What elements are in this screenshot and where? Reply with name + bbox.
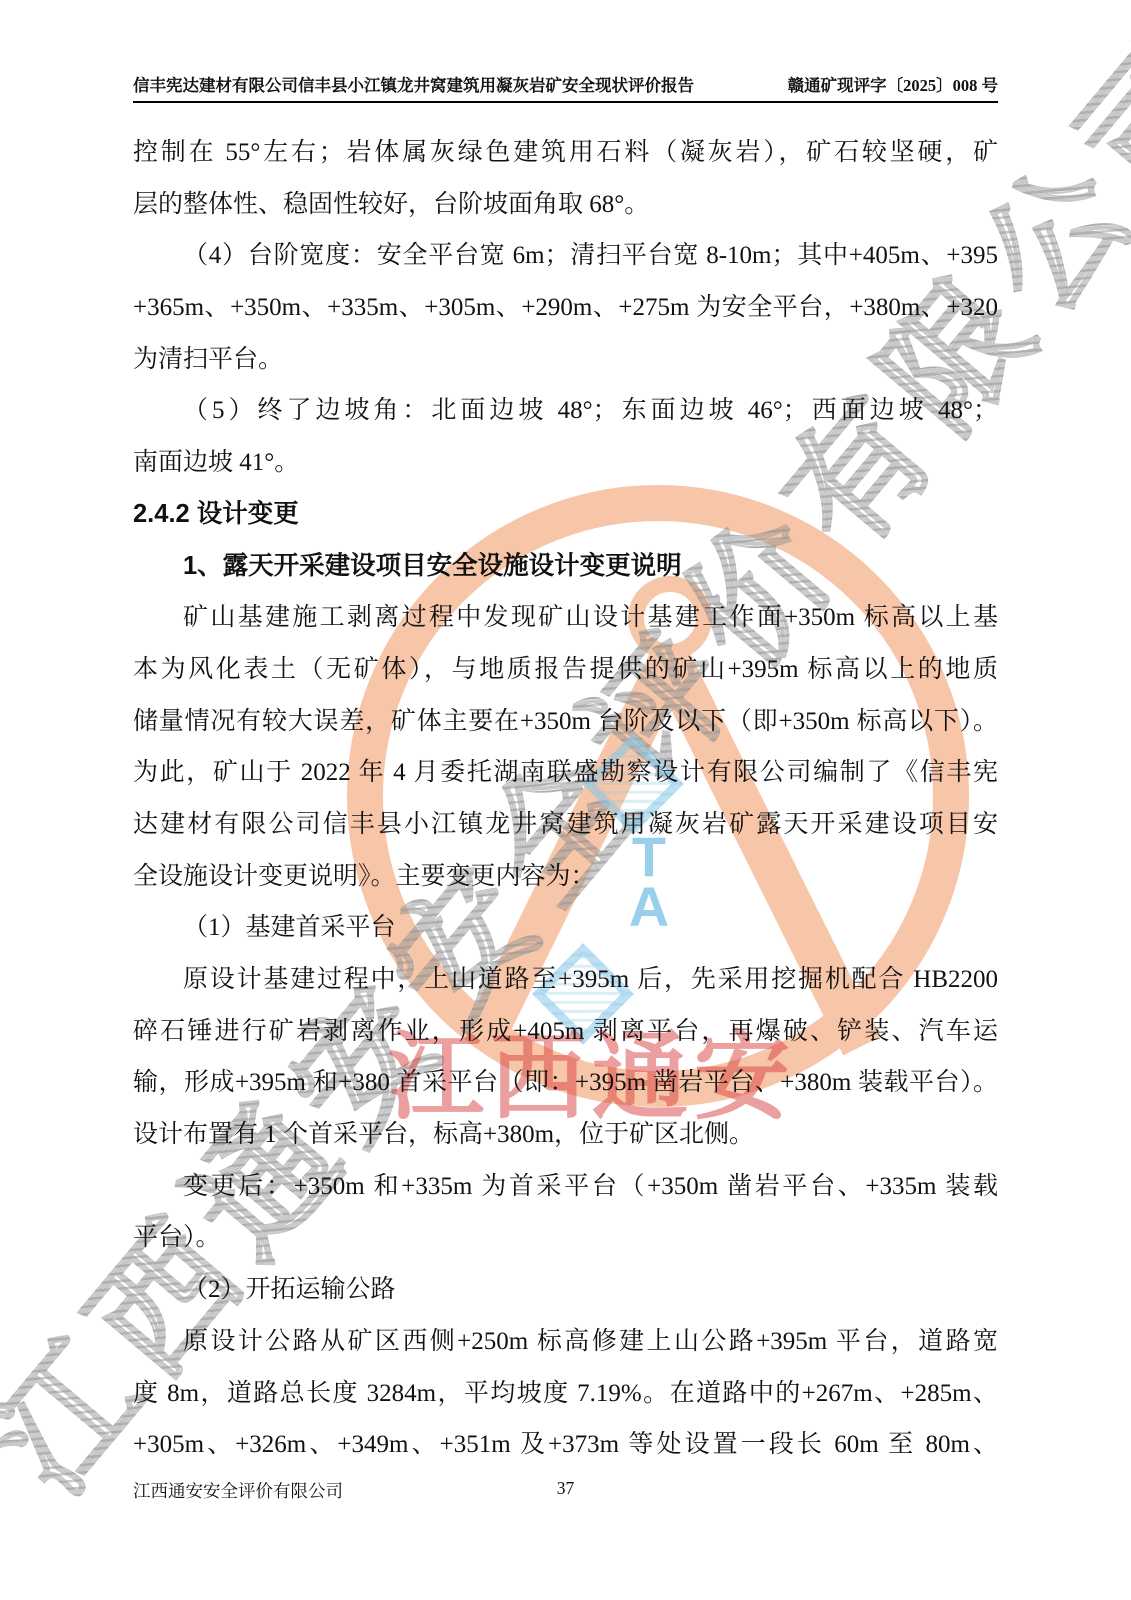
body-line-23: （2）开拓运输公路 [133, 1264, 998, 1316]
body-line-18: 碎石锤进行矿岩剥离作业，形成+405m 剥离平台，再爆破、铲装、汽车运 [133, 1006, 998, 1058]
body-line-21: 变更后：+350m 和+335m 为首采平台（+350m 凿岩平台、+335m … [133, 1161, 998, 1213]
body-line-22: 平台）。 [133, 1212, 998, 1264]
page-footer: 江西通安安全评价有限公司 37 [133, 1478, 998, 1502]
body-line-3: （4）台阶宽度：安全平台宽 6m；清扫平台宽 8-10m；其中+405m、+39… [133, 230, 998, 282]
page-header: 信丰宪达建材有限公司信丰县小江镇龙井窝建筑用凝灰岩矿安全现状评价报告 赣通矿现评… [133, 72, 998, 103]
body-line-6: （5）终了边坡角：北面边坡 48°；东面边坡 46°；西面边坡 48°； [133, 385, 998, 437]
body-line-1: 控制在 55°左右；岩体属灰绿色建筑用石料（凝灰岩），矿石较坚硬，矿 [133, 127, 998, 179]
body-line-24: 原设计公路从矿区西侧+250m 标高修建上山公路+395m 平台，道路宽 [133, 1316, 998, 1368]
header-report-title: 信丰宪达建材有限公司信丰县小江镇龙井窝建筑用凝灰岩矿安全现状评价报告 [133, 72, 694, 96]
body-line-17: 原设计基建过程中，上山道路至+395m 后，先采用挖掘机配合 HB2200 [133, 954, 998, 1006]
body-line-9: 1、露天开采建设项目安全设施设计变更说明 [133, 541, 998, 593]
footer-page-number: 37 [557, 1478, 575, 1499]
body-line-15: 全设施设计变更说明》。主要变更内容为： [133, 851, 998, 903]
body-line-16: （1）基建首采平台 [133, 902, 998, 954]
body-line-19: 输，形成+395m 和+380 首采平台（即：+395m 凿岩平台、+380m … [133, 1057, 998, 1109]
body-line-5: 为清扫平台。 [133, 334, 998, 386]
body-line-11: 本为风化表土（无矿体），与地质报告提供的矿山+395m 标高以上的地质 [133, 644, 998, 696]
body-line-4: +365m、+350m、+335m、+305m、+290m、+275m 为安全平… [133, 282, 998, 334]
body-line-8: 2.4.2 设计变更 [133, 489, 998, 541]
body-line-12: 储量情况有较大误差，矿体主要在+350m 台阶及以下（即+350m 标高以下）。 [133, 696, 998, 748]
body-line-7: 南面边坡 41°。 [133, 437, 998, 489]
body-line-14: 达建材有限公司信丰县小江镇龙井窝建筑用凝灰岩矿露天开采建设项目安 [133, 799, 998, 851]
document-body: 控制在 55°左右；岩体属灰绿色建筑用石料（凝灰岩），矿石较坚硬，矿层的整体性、… [133, 127, 998, 1471]
body-line-20: 设计布置有 1 个首采平台，标高+380m，位于矿区北侧。 [133, 1109, 998, 1161]
body-line-26: +305m、+326m、+349m、+351m 及+373m 等处设置一段长 6… [133, 1419, 998, 1471]
body-line-25: 度 8m，道路总长度 3284m，平均坡度 7.19%。在道路中的+267m、+… [133, 1368, 998, 1420]
body-line-2: 层的整体性、稳固性较好，台阶坡面角取 68°。 [133, 179, 998, 231]
body-line-13: 为此，矿山于 2022 年 4 月委托湖南联盛勘察设计有限公司编制了《信丰宪 [133, 747, 998, 799]
header-document-number: 赣通矿现评字〔2025〕008 号 [788, 72, 998, 96]
body-line-10: 矿山基建施工剥离过程中发现矿山设计基建工作面+350m 标高以上基 [133, 592, 998, 644]
footer-company-name: 江西通安安全评价有限公司 [133, 1478, 343, 1503]
document-page: 江西通安安全评价有限公司 T A 江西通安 信丰宪达建材有限公司信丰县小江镇龙井… [0, 0, 1131, 1600]
